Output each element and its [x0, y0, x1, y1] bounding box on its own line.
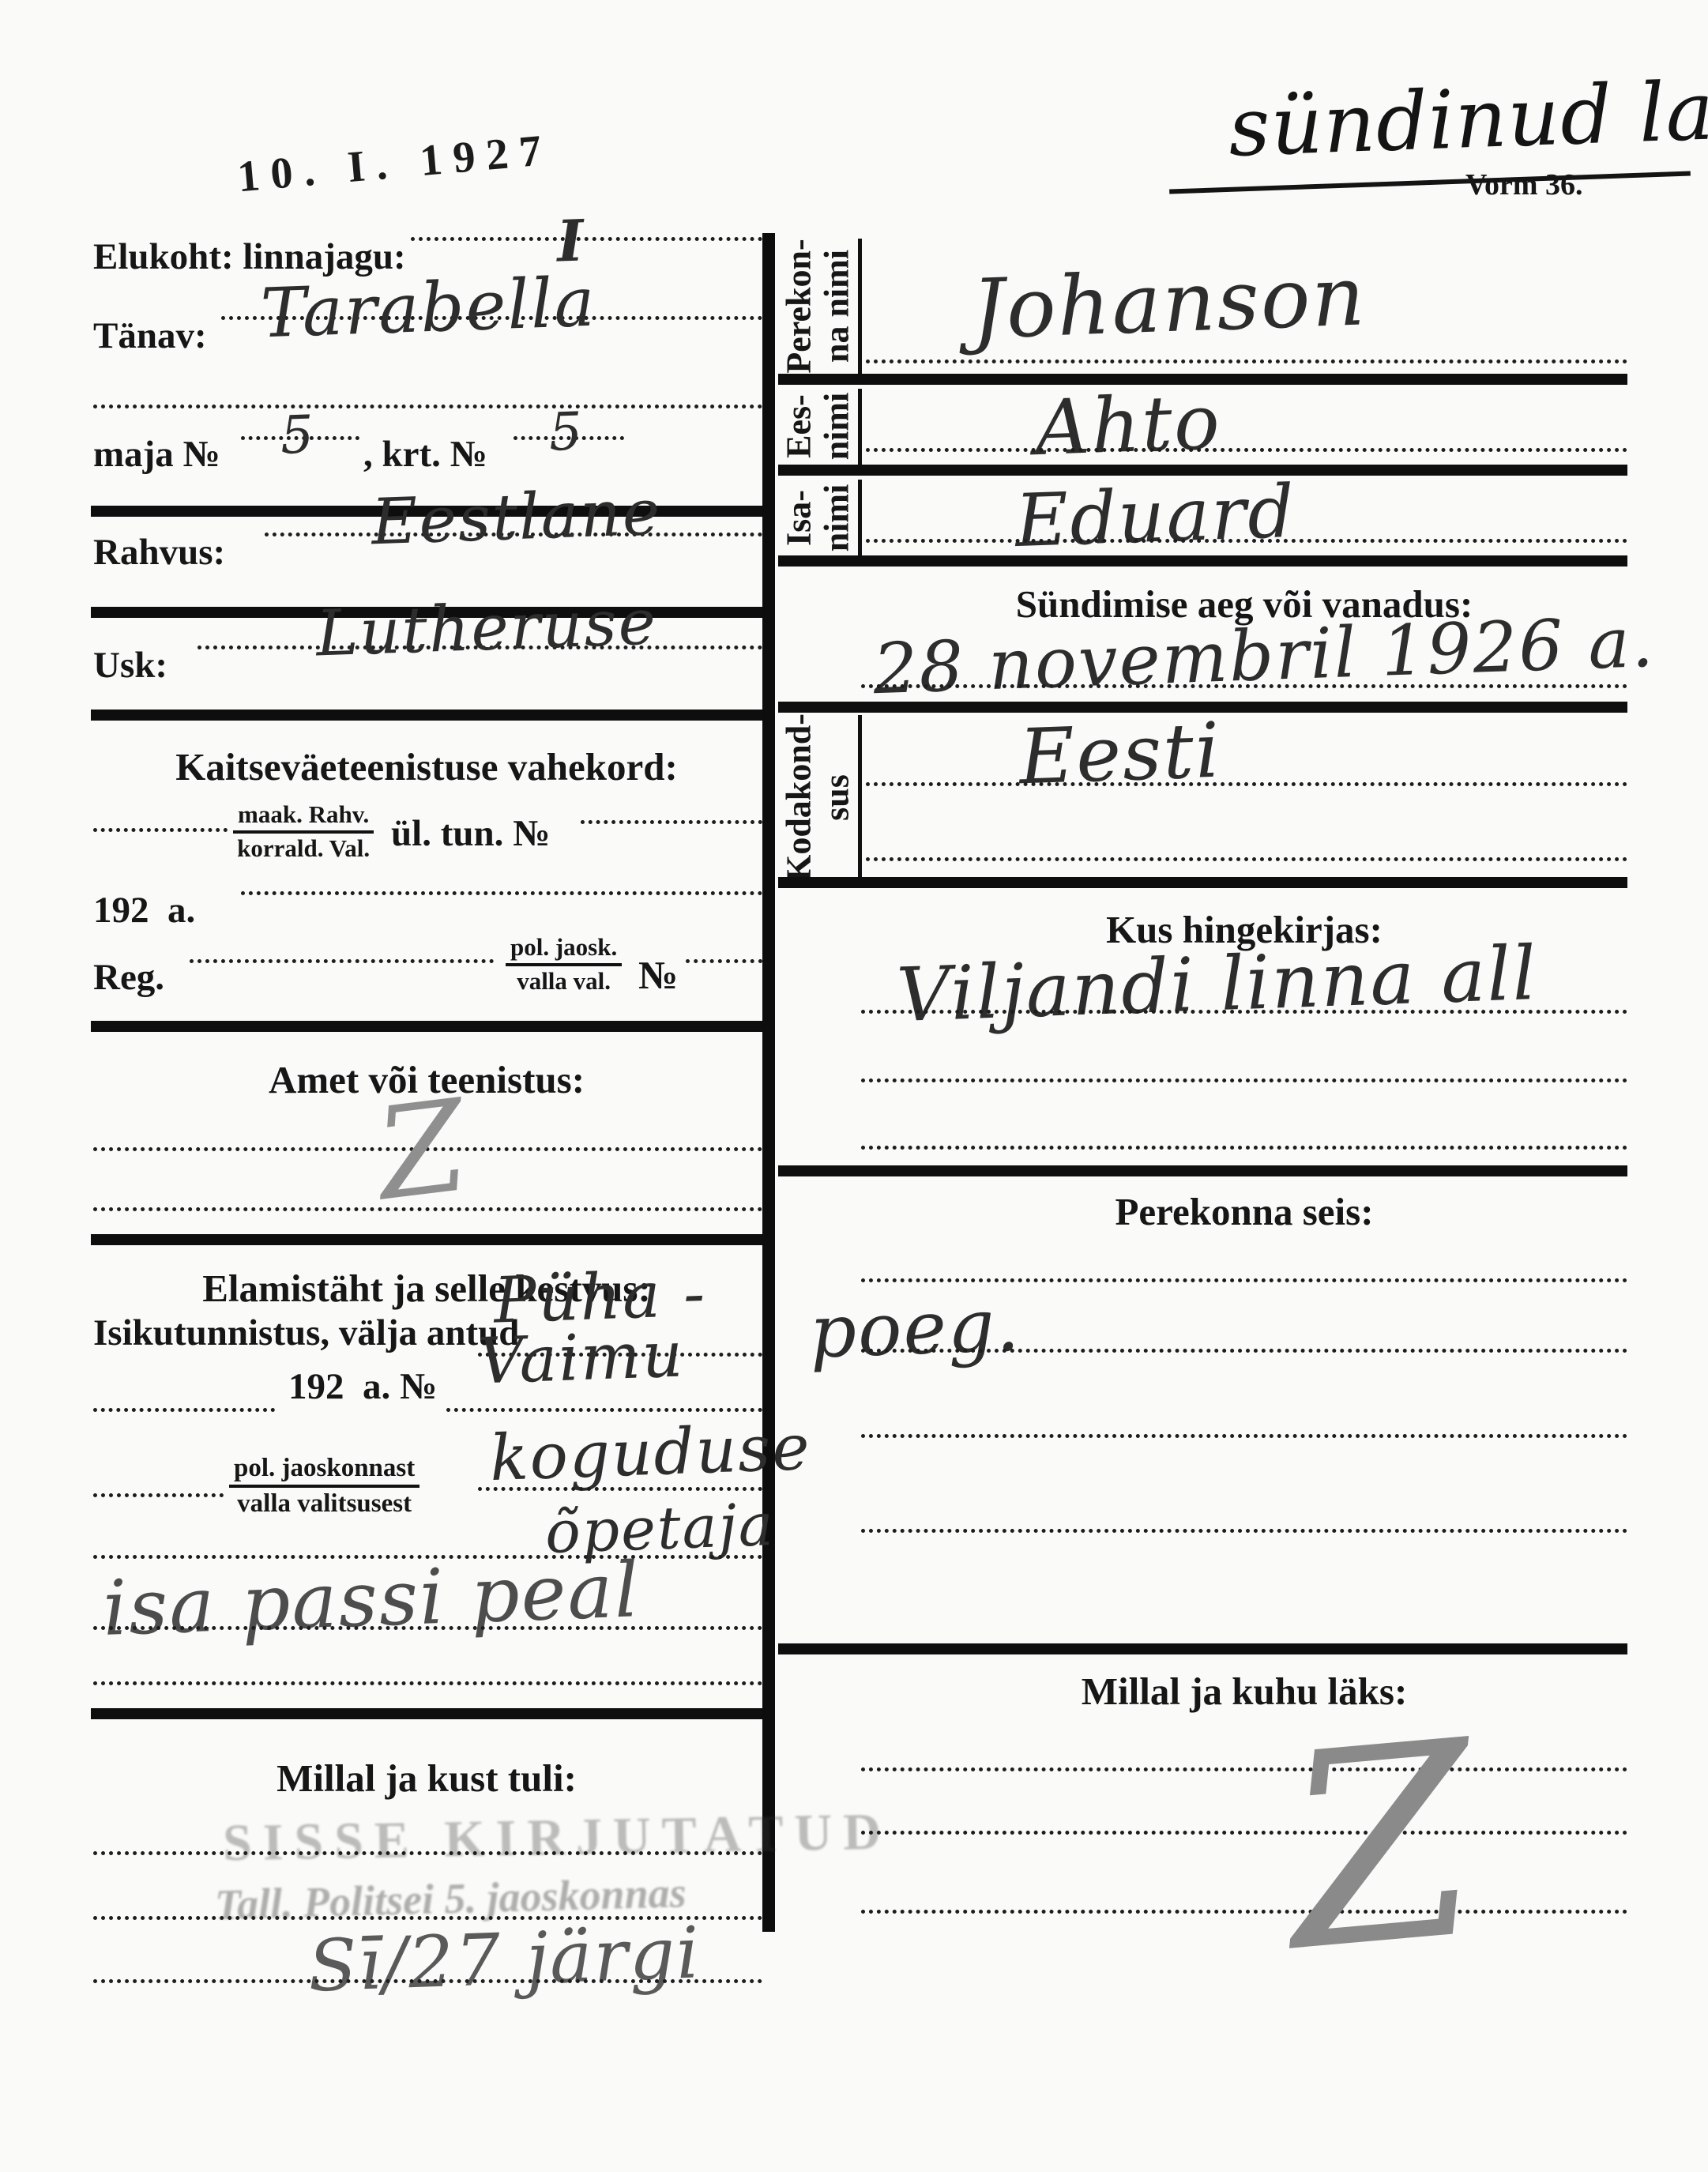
section-bar [778, 1643, 1627, 1654]
linnajagu-line [411, 237, 762, 241]
reg-label: Reg. [93, 956, 164, 999]
pol-jaosk-line1: pol. jaosk. [506, 932, 622, 966]
tanav-label: Tänav: [93, 314, 207, 357]
maak-fraction: maak. Rahv. korrald. Val. [233, 800, 374, 864]
note-value: isa passi peal [101, 1545, 641, 1653]
perekonnanimi-value: Johanson [970, 247, 1368, 357]
kodakondsus-line-1 [866, 782, 1627, 786]
pol-jaoskonnast-line1: pol. jaoskonnast [229, 1452, 419, 1488]
section-bar [778, 1165, 1627, 1176]
maak-line2: korrald. Val. [237, 834, 370, 864]
year-line [241, 891, 762, 895]
isanimi-value: Eduard [1014, 469, 1297, 563]
perekonnaseis-value: poeg. [808, 1282, 1021, 1374]
entry-stamp-line1: SISSE KIRJUTATUD [222, 1802, 892, 1874]
registration-card: 10. I. 1927 sündinud laps Vorm 36. Eluko… [0, 0, 1708, 2172]
label-rule [858, 715, 862, 883]
year2-label: 192 a. № [288, 1365, 437, 1408]
laks-value: Z [1274, 1683, 1489, 2011]
tanav-line-2 [93, 405, 762, 408]
pol-jaoskonnast-line2: valla valitsusest [237, 1488, 412, 1520]
perekonnaseis-line-4 [861, 1529, 1627, 1533]
maja-value: 5 [280, 404, 317, 465]
reg-line [190, 959, 494, 963]
form-number: Vorm 36. [1465, 168, 1582, 202]
usk-label: Usk: [93, 644, 167, 687]
tuli-line-3 [93, 1979, 762, 1983]
rahvus-value: Eestlane [370, 476, 662, 559]
laks-line-3 [861, 1910, 1627, 1914]
ul-tun-label: ül. tun. № [391, 812, 550, 855]
laks-heading: Millal ja kuhu läks: [861, 1669, 1627, 1714]
section-bar [91, 710, 762, 721]
label-rule [858, 480, 862, 555]
reg-no-line [686, 959, 762, 963]
column-divider [762, 233, 775, 1932]
eesnimi-line [866, 448, 1627, 452]
krt-label: , krt. № [363, 433, 487, 476]
year2-line-left [93, 1408, 275, 1412]
sundimise-line [861, 684, 1627, 688]
perekonnaseis-line-1 [861, 1278, 1627, 1282]
pol-jaosk-line2: valla val. [517, 966, 611, 997]
label-rule [858, 389, 862, 465]
amet-line-2 [93, 1207, 762, 1211]
label-rule [858, 239, 862, 375]
section-bar [91, 1234, 762, 1245]
left-line-c [93, 1681, 762, 1685]
jaoskonnast-line-right [478, 1487, 762, 1491]
ul-tun-line [581, 820, 762, 824]
laks-line-1 [861, 1767, 1627, 1771]
kodakondsus-label: Kodakond- sus [781, 707, 856, 889]
year2-value: Vaimu [476, 1317, 685, 1398]
amet-value: Z [369, 1071, 476, 1229]
section-bar [778, 555, 1627, 567]
kaitse-heading: Kaitseväeteenistuse vahekord: [91, 744, 762, 789]
isikutunnistus-label: Isikutunnistus, välja antud [93, 1312, 519, 1354]
krt-value: 5 [548, 401, 585, 462]
jaoskonnast-value: koguduse [489, 1410, 813, 1495]
perekonnaseis-line-3 [861, 1434, 1627, 1438]
hingekirjas-line-3 [861, 1146, 1627, 1150]
document-title-handwritten: sündinud laps [1227, 61, 1708, 175]
section-bar [91, 1021, 762, 1032]
hingekirjas-line-1 [861, 1010, 1627, 1014]
pol-jaoskonnast-fraction: pol. jaoskonnast valla valitsusest [229, 1452, 419, 1521]
perekonnanimi-line [866, 359, 1627, 363]
year2-line-right [446, 1408, 762, 1412]
tanav-value: Tarabella [259, 263, 597, 354]
kaitse-line-left [93, 828, 228, 832]
usk-value: Lutheruse [315, 585, 659, 670]
left-line-b [93, 1626, 762, 1630]
laks-line-2 [861, 1831, 1627, 1835]
maja-label: maja № [93, 433, 220, 476]
section-bar [91, 1708, 762, 1719]
perekonnaseis-heading: Perekonna seis: [861, 1189, 1627, 1234]
hingekirjas-line-2 [861, 1078, 1627, 1082]
pol-jaosk-fraction: pol. jaosk. valla val. [506, 932, 622, 997]
maak-line1: maak. Rahv. [233, 800, 374, 834]
tuli-line-1 [93, 1851, 762, 1855]
date-stamp: 10. I. 1927 [235, 125, 555, 203]
eesnimi-value: Ahto [1033, 378, 1222, 472]
millal-tuli-heading: Millal ja kust tuli: [91, 1756, 762, 1801]
kodakondsus-value: Eesti [1018, 706, 1222, 802]
section-bar [778, 877, 1627, 888]
rahvus-label: Rahvus: [93, 531, 225, 574]
isanimi-line [866, 539, 1627, 543]
kodakondsus-line-2 [866, 857, 1627, 861]
reg-no-label: № [638, 952, 678, 998]
tuli-value: Sī/27 järgi [307, 1911, 702, 2008]
perekonnaseis-line-2 [861, 1349, 1627, 1353]
year-label: 192 a. [93, 889, 195, 932]
jaoskonnast-line-left [93, 1493, 224, 1497]
